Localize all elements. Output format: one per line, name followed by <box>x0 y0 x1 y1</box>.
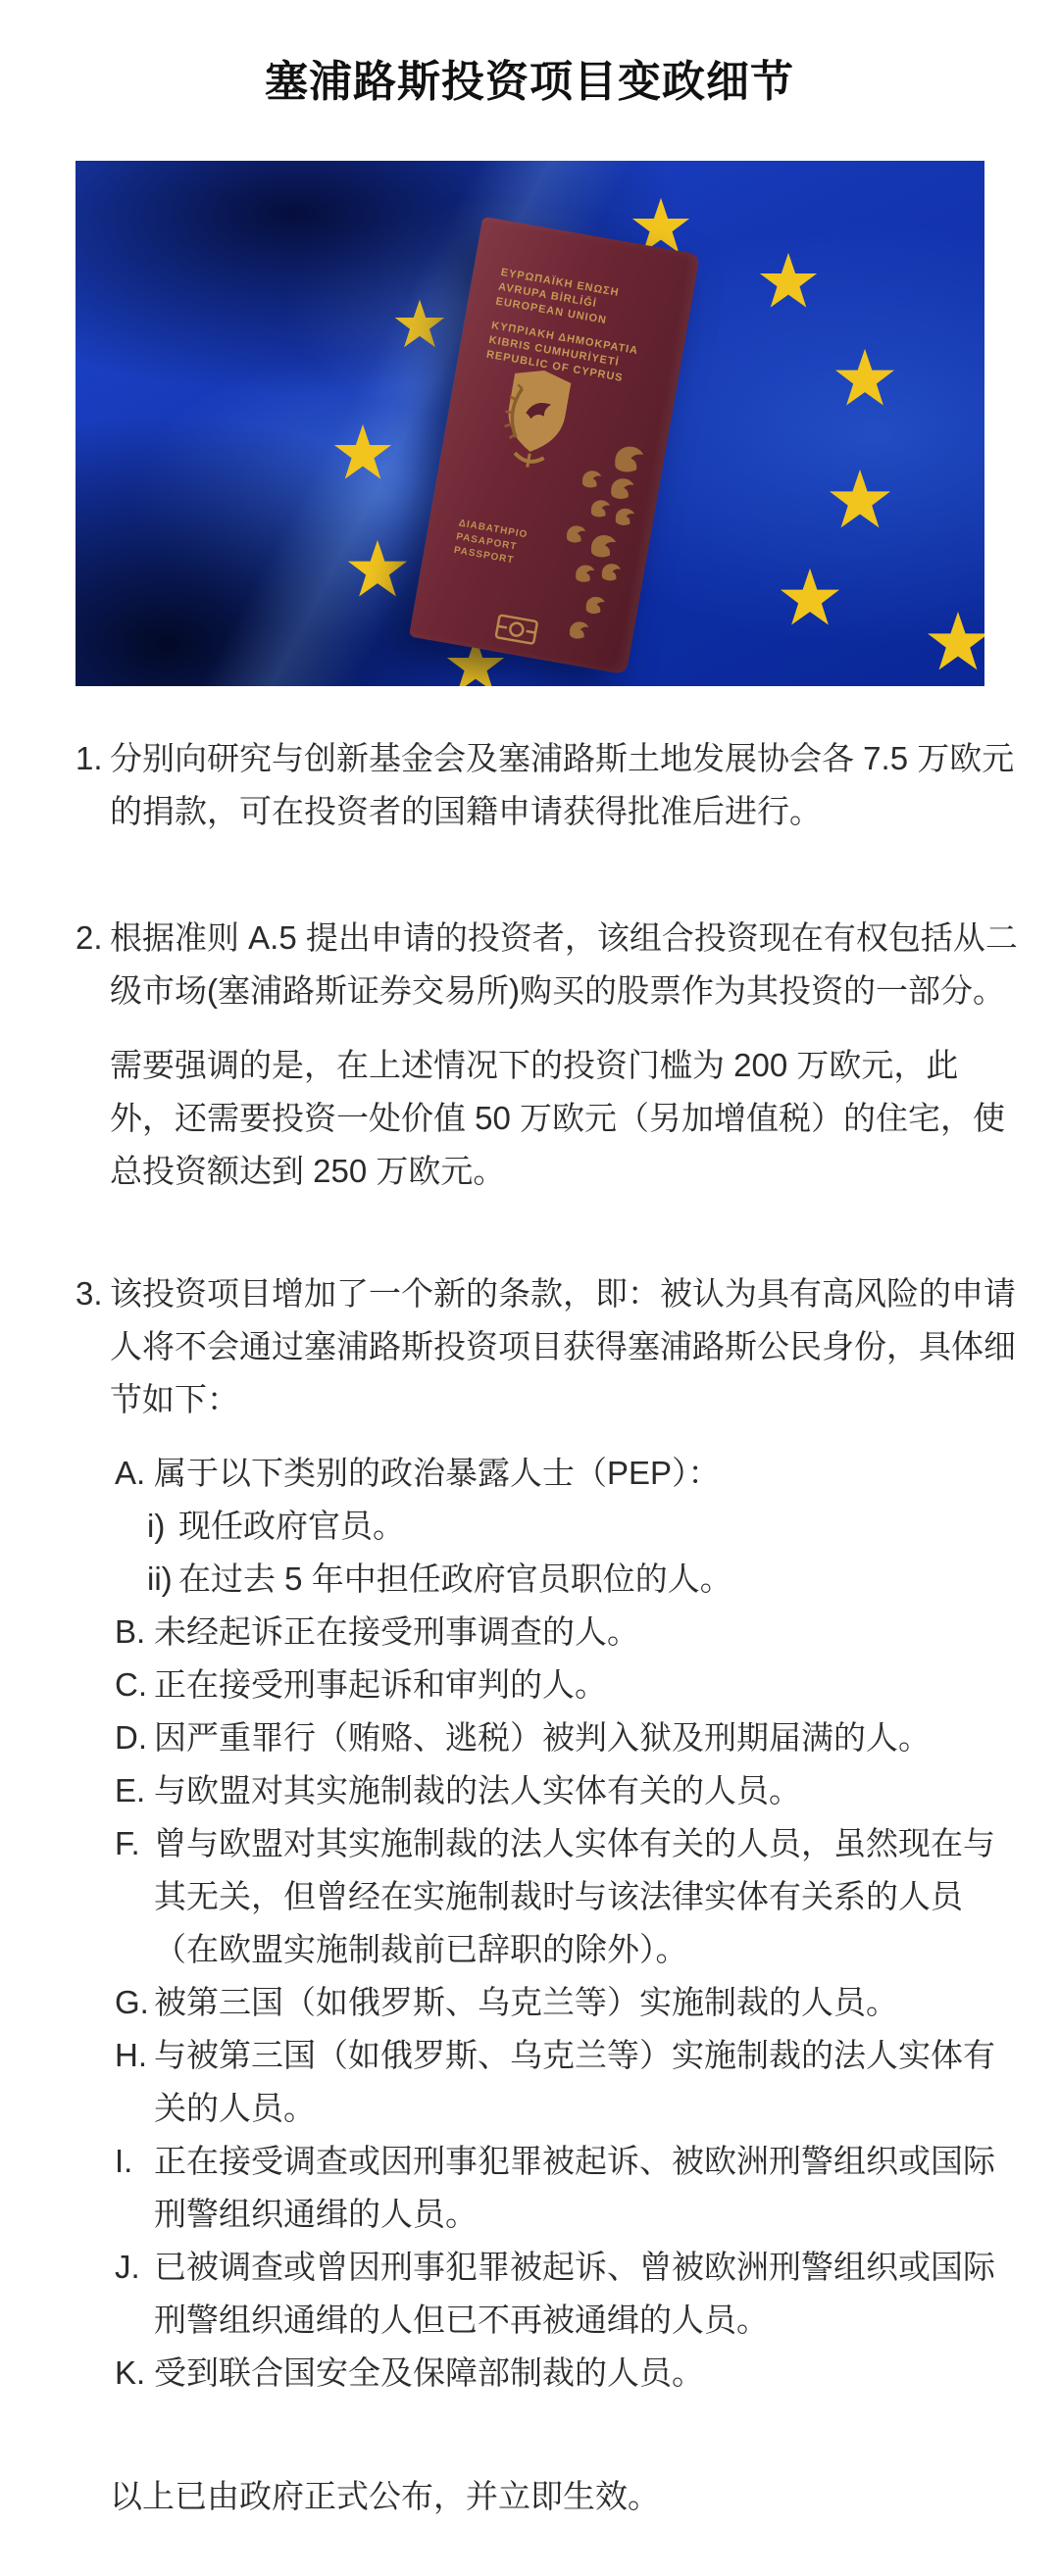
sub-item-B: B.未经起诉正在接受刑事调查的人。 <box>0 1606 1020 1659</box>
closing-statement: 以上已由政府正式公布，并立即生效。 <box>0 2470 1020 2523</box>
list-item-number: 3. <box>76 1267 110 1426</box>
sub-item-label: F. <box>115 1817 154 1870</box>
list-item-text: 根据准则 A.5 提出申请的投资者，该组合投资现在有权包括从二级市场(塞浦路斯证… <box>110 912 1020 1198</box>
hero-photo-cyprus-passport-eu-flag: ΕΥΡΩΠΑΪΚΗ ΕΝΩΣΗAVRUPA BİRLİĞİEUROPEAN UN… <box>76 161 984 686</box>
sub-item-label: A. <box>115 1447 154 1500</box>
roman-item-text: 现任政府官员。 <box>178 1500 1020 1553</box>
sub-item-label: J. <box>115 2241 154 2294</box>
paragraph: 该投资项目增加了一个新的条款，即：被认为具有高风险的申请人将不会通过塞浦路斯投资… <box>110 1267 1020 1426</box>
paragraph: 根据准则 A.5 提出申请的投资者，该组合投资现在有权包括从二级市场(塞浦路斯证… <box>110 912 1020 1017</box>
sub-item-text: 因严重罪行（贿赂、逃税）被判入狱及刑期届满的人。 <box>154 1711 1020 1764</box>
sub-item-label: K. <box>115 2347 154 2400</box>
eu-star-icon <box>758 251 819 312</box>
biometric-passport-icon <box>493 614 538 646</box>
sub-item-D: D.因严重罪行（贿赂、逃税）被判入狱及刑期届满的人。 <box>0 1711 1020 1764</box>
passport-word-text: ΔΙΑΒΑΤΗΡΙΟPASAPORTPASSPORT <box>452 517 529 570</box>
list-item-number: 2. <box>76 912 110 1198</box>
roman-item-i: i)现任政府官员。 <box>0 1500 1020 1553</box>
eu-star-icon <box>828 468 892 532</box>
list-item-1: 1.分别向研究与创新基金会及塞浦路斯土地发展协会各 7.5 万欧元的捐款，可在投… <box>0 732 1020 838</box>
roman-item-label: i) <box>147 1500 178 1553</box>
list-item-text: 分别向研究与创新基金会及塞浦路斯土地发展协会各 7.5 万欧元的捐款，可在投资者… <box>110 732 1020 838</box>
eu-star-icon <box>926 610 984 674</box>
sub-item-text: 与欧盟对其实施制裁的法人实体有关的人员。 <box>154 1764 1020 1817</box>
sub-item-label: H. <box>115 2029 154 2082</box>
sub-item-K: K.受到联合国安全及保障部制裁的人员。 <box>0 2347 1020 2400</box>
list-item-3: 3.该投资项目增加了一个新的条款，即：被认为具有高风险的申请人将不会通过塞浦路斯… <box>0 1267 1020 1426</box>
eu-star-icon <box>346 538 409 601</box>
sub-item-C: C.正在接受刑事起诉和审判的人。 <box>0 1659 1020 1711</box>
sub-item-text: 与被第三国（如俄罗斯、乌克兰等）实施制裁的法人实体有关的人员。 <box>154 2029 1020 2135</box>
numbered-list: 1.分别向研究与创新基金会及塞浦路斯土地发展协会各 7.5 万欧元的捐款，可在投… <box>0 732 1020 1426</box>
document-body: 1.分别向研究与创新基金会及塞浦路斯土地发展协会各 7.5 万欧元的捐款，可在投… <box>0 686 1059 2523</box>
sub-item-E: E.与欧盟对其实施制裁的法人实体有关的人员。 <box>0 1764 1020 1817</box>
eu-star-icon <box>393 298 446 351</box>
sub-item-F: F.曾与欧盟对其实施制裁的法人实体有关的人员，虽然现在与其无关，但曾经在实施制裁… <box>0 1817 1020 1976</box>
sub-item-label: I. <box>115 2135 154 2188</box>
page-title: 塞浦路斯投资项目变政细节 <box>0 0 1059 108</box>
cyprus-passport: ΕΥΡΩΠΑΪΚΗ ΕΝΩΣΗAVRUPA BİRLİĞİEUROPEAN UN… <box>408 217 699 674</box>
sub-item-I: I.正在接受调查或因刑事犯罪被起诉、被欧洲刑警组织或国际刑警组织通缉的人员。 <box>0 2135 1020 2241</box>
list-item-text: 该投资项目增加了一个新的条款，即：被认为具有高风险的申请人将不会通过塞浦路斯投资… <box>110 1267 1020 1426</box>
roman-item-ii: ii)在过去 5 年中担任政府官员职位的人。 <box>0 1553 1020 1606</box>
sub-item-text: 曾与欧盟对其实施制裁的法人实体有关的人员，虽然现在与其无关，但曾经在实施制裁时与… <box>154 1817 1020 1976</box>
roman-item-label: ii) <box>147 1553 178 1606</box>
eu-star-icon <box>833 347 896 410</box>
paragraph: 需要强调的是，在上述情况下的投资门槛为 200 万欧元，此外，还需要投资一处价值… <box>110 1039 1020 1198</box>
document-page: 塞浦路斯投资项目变政细节 ΕΥΡΩΠΑΪΚΗ ΕΝΩΣΗAVRUPA BİRLİ… <box>0 0 1059 2576</box>
sub-item-text: 未经起诉正在接受刑事调查的人。 <box>154 1606 1020 1659</box>
paragraph: 分别向研究与创新基金会及塞浦路斯土地发展协会各 7.5 万欧元的捐款，可在投资者… <box>110 732 1020 838</box>
sub-item-text: 受到联合国安全及保障部制裁的人员。 <box>154 2347 1020 2400</box>
sub-item-label: G. <box>115 1976 154 2029</box>
sub-item-text: 正在接受刑事起诉和审判的人。 <box>154 1659 1020 1711</box>
sub-item-label: D. <box>115 1711 154 1764</box>
sub-item-label: B. <box>115 1606 154 1659</box>
eu-star-icon <box>779 567 841 629</box>
sub-item-H: H.与被第三国（如俄罗斯、乌克兰等）实施制裁的法人实体有关的人员。 <box>0 2029 1020 2135</box>
lettered-sublist: A.属于以下类别的政治暴露人士（PEP）：i)现任政府官员。ii)在过去 5 年… <box>0 1447 1020 2400</box>
sub-item-G: G.被第三国（如俄罗斯、乌克兰等）实施制裁的人员。 <box>0 1976 1020 2029</box>
sub-item-text: 已被调查或曾因刑事犯罪被起诉、曾被欧洲刑警组织或国际刑警组织通缉的人但已不再被通… <box>154 2241 1020 2347</box>
sub-item-A: A.属于以下类别的政治暴露人士（PEP）： <box>0 1447 1020 1500</box>
list-item-2: 2.根据准则 A.5 提出申请的投资者，该组合投资现在有权包括从二级市场(塞浦路… <box>0 912 1020 1198</box>
eu-star-icon <box>332 422 393 483</box>
sub-item-J: J.已被调查或曾因刑事犯罪被起诉、曾被欧洲刑警组织或国际刑警组织通缉的人但已不再… <box>0 2241 1020 2347</box>
sub-item-text: 被第三国（如俄罗斯、乌克兰等）实施制裁的人员。 <box>154 1976 1020 2029</box>
sub-item-label: C. <box>115 1659 154 1711</box>
roman-item-text: 在过去 5 年中担任政府官员职位的人。 <box>178 1553 1020 1606</box>
sub-item-label: E. <box>115 1764 154 1817</box>
sub-item-text: 正在接受调查或因刑事犯罪被起诉、被欧洲刑警组织或国际刑警组织通缉的人员。 <box>154 2135 1020 2241</box>
sub-item-text: 属于以下类别的政治暴露人士（PEP）： <box>154 1447 1020 1500</box>
list-item-number: 1. <box>76 732 110 838</box>
